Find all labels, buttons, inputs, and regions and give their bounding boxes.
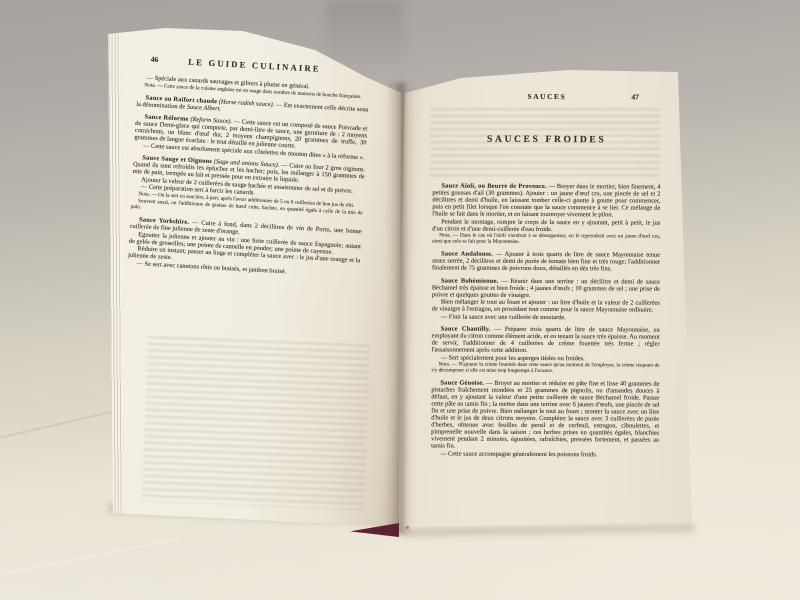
translated-name: (Horse radish sauce). — [217, 98, 275, 108]
page-number: 46 — [150, 55, 158, 64]
sauce-name: Sauce Réforme — [144, 114, 188, 123]
translated-name: (Sage and onions Sauce). — [212, 158, 280, 169]
paragraph: — Cette sauce accompagne généralement le… — [431, 450, 659, 458]
translated-name: (Reform Sauce). — [188, 116, 232, 125]
table-scratch — [0, 538, 182, 575]
paragraph: Sauce Chantilly. — Préparer trois quarts… — [432, 325, 660, 354]
left-page: 46 LE GUIDE CULINAIRE — Spéciale aux can… — [103, 24, 403, 530]
sauce-name: Sauce Génoise. — [440, 380, 484, 387]
page-leaf-edges — [105, 29, 123, 516]
page-edge — [691, 64, 694, 534]
right-page-paragraphs: Sauce Aïoli, ou Beurre de Provence. — Br… — [431, 182, 660, 458]
paragraph: — Finir la sauce avec une cuillerée de m… — [432, 313, 660, 321]
gutter-shadow — [386, 82, 414, 534]
sauce-name: Sauce Andalouse. — [441, 251, 493, 258]
left-page-header: 46 LE GUIDE CULINAIRE — [138, 54, 370, 79]
paragraph: Bien mélanger le tout au fouet et ajoute… — [432, 298, 660, 313]
cover-speck — [406, 526, 409, 529]
nota-paragraph: Nota. — Dans le cas où l'aïoli viendrait… — [432, 233, 660, 246]
right-page: 47 SAUCES SAUCES FROIDES Sauce Aïoli, ou… — [399, 64, 694, 534]
sauce-name: Sauce Yorkshire. — [139, 216, 190, 226]
book-shadow — [401, 525, 695, 540]
photo-of-open-book: 46 LE GUIDE CULINAIRE — Spéciale aux can… — [0, 0, 800, 600]
sauce-name: Sauce Sauge et Oignons — [142, 155, 212, 166]
paragraph: Sauce Bohémienne. — Réunir dans une terr… — [432, 277, 660, 299]
paragraph: Sauce Génoise. — Broyer au mortier et ré… — [431, 380, 659, 451]
paragraph: Sauce Aïoli, ou Beurre de Provence. — Br… — [432, 182, 660, 218]
section-title: SAUCES FROIDES — [433, 133, 661, 145]
left-page-text: 46 LE GUIDE CULINAIRE — Spéciale aux can… — [127, 54, 370, 279]
nota-paragraph: Nota. — N'ajouter la crème fouettée dans… — [431, 362, 659, 375]
sauce-name: Sauce Aïoli, ou Beurre de Provence. — [441, 182, 546, 190]
right-page-text: 47 SAUCES SAUCES FROIDES Sauce Aïoli, ou… — [431, 91, 661, 458]
paragraph: Pendant le montage, rompre le corps de l… — [432, 218, 660, 233]
italic-reference: Sauce Albert. — [185, 103, 221, 112]
sauce-name: Sauce Chantilly. — [441, 326, 491, 333]
right-page-header: 47 SAUCES — [433, 91, 661, 104]
running-head: SAUCES — [433, 91, 661, 101]
paragraph: Sauce Andalouse. — Ajouter à trois quart… — [432, 250, 660, 272]
sauce-name: Sauce Bohémienne. — [441, 277, 499, 284]
page-number: 47 — [631, 92, 639, 101]
sauce-name: Sauce au Raifort chaude — [145, 94, 217, 105]
left-page-paragraphs: — Spéciale aux canards sauvages et gibie… — [127, 74, 369, 279]
showthrough-text — [142, 336, 370, 510]
open-book: 46 LE GUIDE CULINAIRE — Spéciale aux can… — [103, 24, 695, 536]
running-head: LE GUIDE CULINAIRE — [138, 54, 370, 77]
